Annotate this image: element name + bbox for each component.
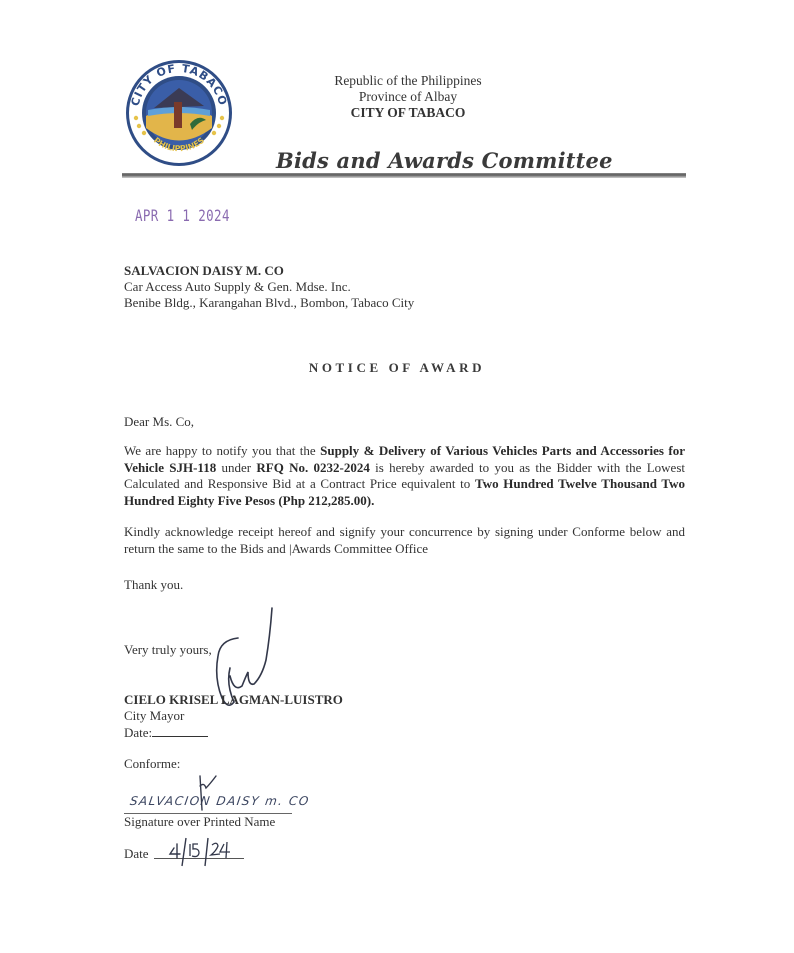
thank-you: Thank you. [124,577,183,593]
signature-label: Signature over Printed Name [124,814,275,830]
header-rule [122,173,686,178]
acknowledge-paragraph: Kindly acknowledge receipt hereof and si… [124,524,685,557]
text: We are happy to notify you that the [124,443,320,458]
text: under [216,460,256,475]
conforme-label: Conforme: [124,756,180,772]
conforme-date-label: Date [124,846,149,862]
addressee-address: Benibe Bldg., Karangahan Blvd., Bombon, … [124,295,414,311]
salutation: Dear Ms. Co, [124,414,194,430]
signer-date: Date: [124,724,208,741]
rfq-number: RFQ No. 0232-2024 [256,460,369,475]
date-label: Date: [124,725,152,740]
date-blank [152,724,208,737]
addressee-name: SALVACION DAISY M. CO [124,263,284,279]
header-city: CITY OF TABACO [218,105,598,121]
received-date-stamp: APR 1 1 2024 [135,206,230,225]
addressee-company: Car Access Auto Supply & Gen. Mdse. Inc. [124,279,351,295]
document-title: NOTICE OF AWARD [0,360,794,376]
conforme-signature-icon [180,772,220,812]
award-paragraph: We are happy to notify you that the Supp… [124,443,685,509]
header-republic: Republic of the Philippines [218,73,598,89]
signer-name: CIELO KRISEL LAGMAN-LUISTRO [124,692,343,708]
committee-title: Bids and Awards Committee [276,148,613,173]
header-province: Province of Albay [218,89,598,105]
signer-title: City Mayor [124,708,184,724]
conforme-handwritten-date-icon [168,834,248,868]
